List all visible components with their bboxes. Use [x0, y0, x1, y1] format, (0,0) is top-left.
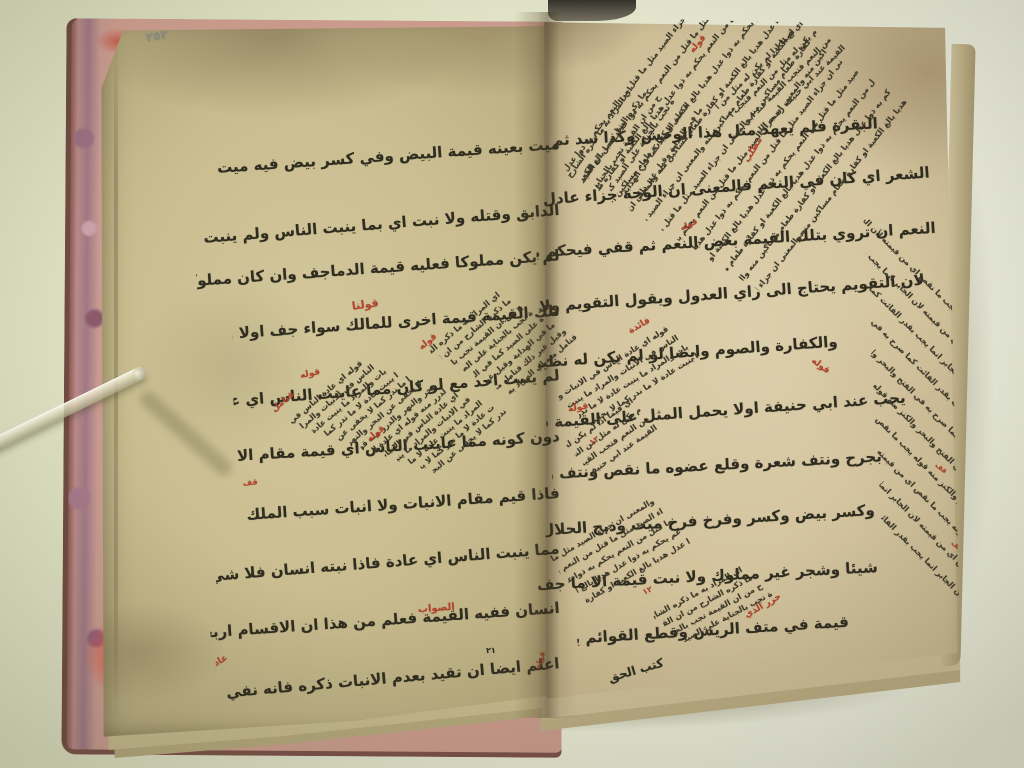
photo-scene: ٢٥٢ميت بعينه قيمة البيض وفي كسر بيض فيه …	[0, 0, 1024, 768]
red-gloss-word: قف	[242, 477, 258, 490]
red-gloss-word: قولنا	[351, 296, 380, 315]
text-layer: ٢٥٢ميت بعينه قيمة البيض وفي كسر بيض فيه …	[0, 0, 1024, 768]
manuscript-line: الدابق وقتله ولا نبت اي بما ينبت الناس و…	[200, 200, 561, 249]
manuscript-line: اعلم ايضا ان تقيد بعدم الانبات ذكره فانه…	[222, 653, 561, 703]
manuscript-line: ٢١	[486, 646, 496, 657]
folio-number-pencil: ٢٥٢	[145, 26, 170, 46]
red-gloss-word: قوله	[808, 355, 832, 377]
gutter-shadow	[514, 12, 578, 718]
red-gloss-word: قوله	[299, 366, 322, 383]
manuscript-line: ميت بعينه قيمة البيض وفي كسر بيض فيه ميت…	[215, 134, 561, 179]
manuscript-line: فاذا قيم مقام الانبات ولا انبات سبب المل…	[243, 483, 561, 526]
red-gloss-word: الصواب	[418, 601, 456, 618]
manuscript-line: لم يكن مملوكا فعليه قيمة الدماجف وان كان…	[196, 245, 561, 291]
manuscript-line: مما ينبت الناس اي عادة فاذا نبته انسان ف…	[215, 538, 561, 586]
red-gloss-word: عاد	[212, 652, 231, 670]
manuscript-line: انسان ففيه القيمة فعلم من هذا ان الاقسام…	[210, 598, 561, 643]
